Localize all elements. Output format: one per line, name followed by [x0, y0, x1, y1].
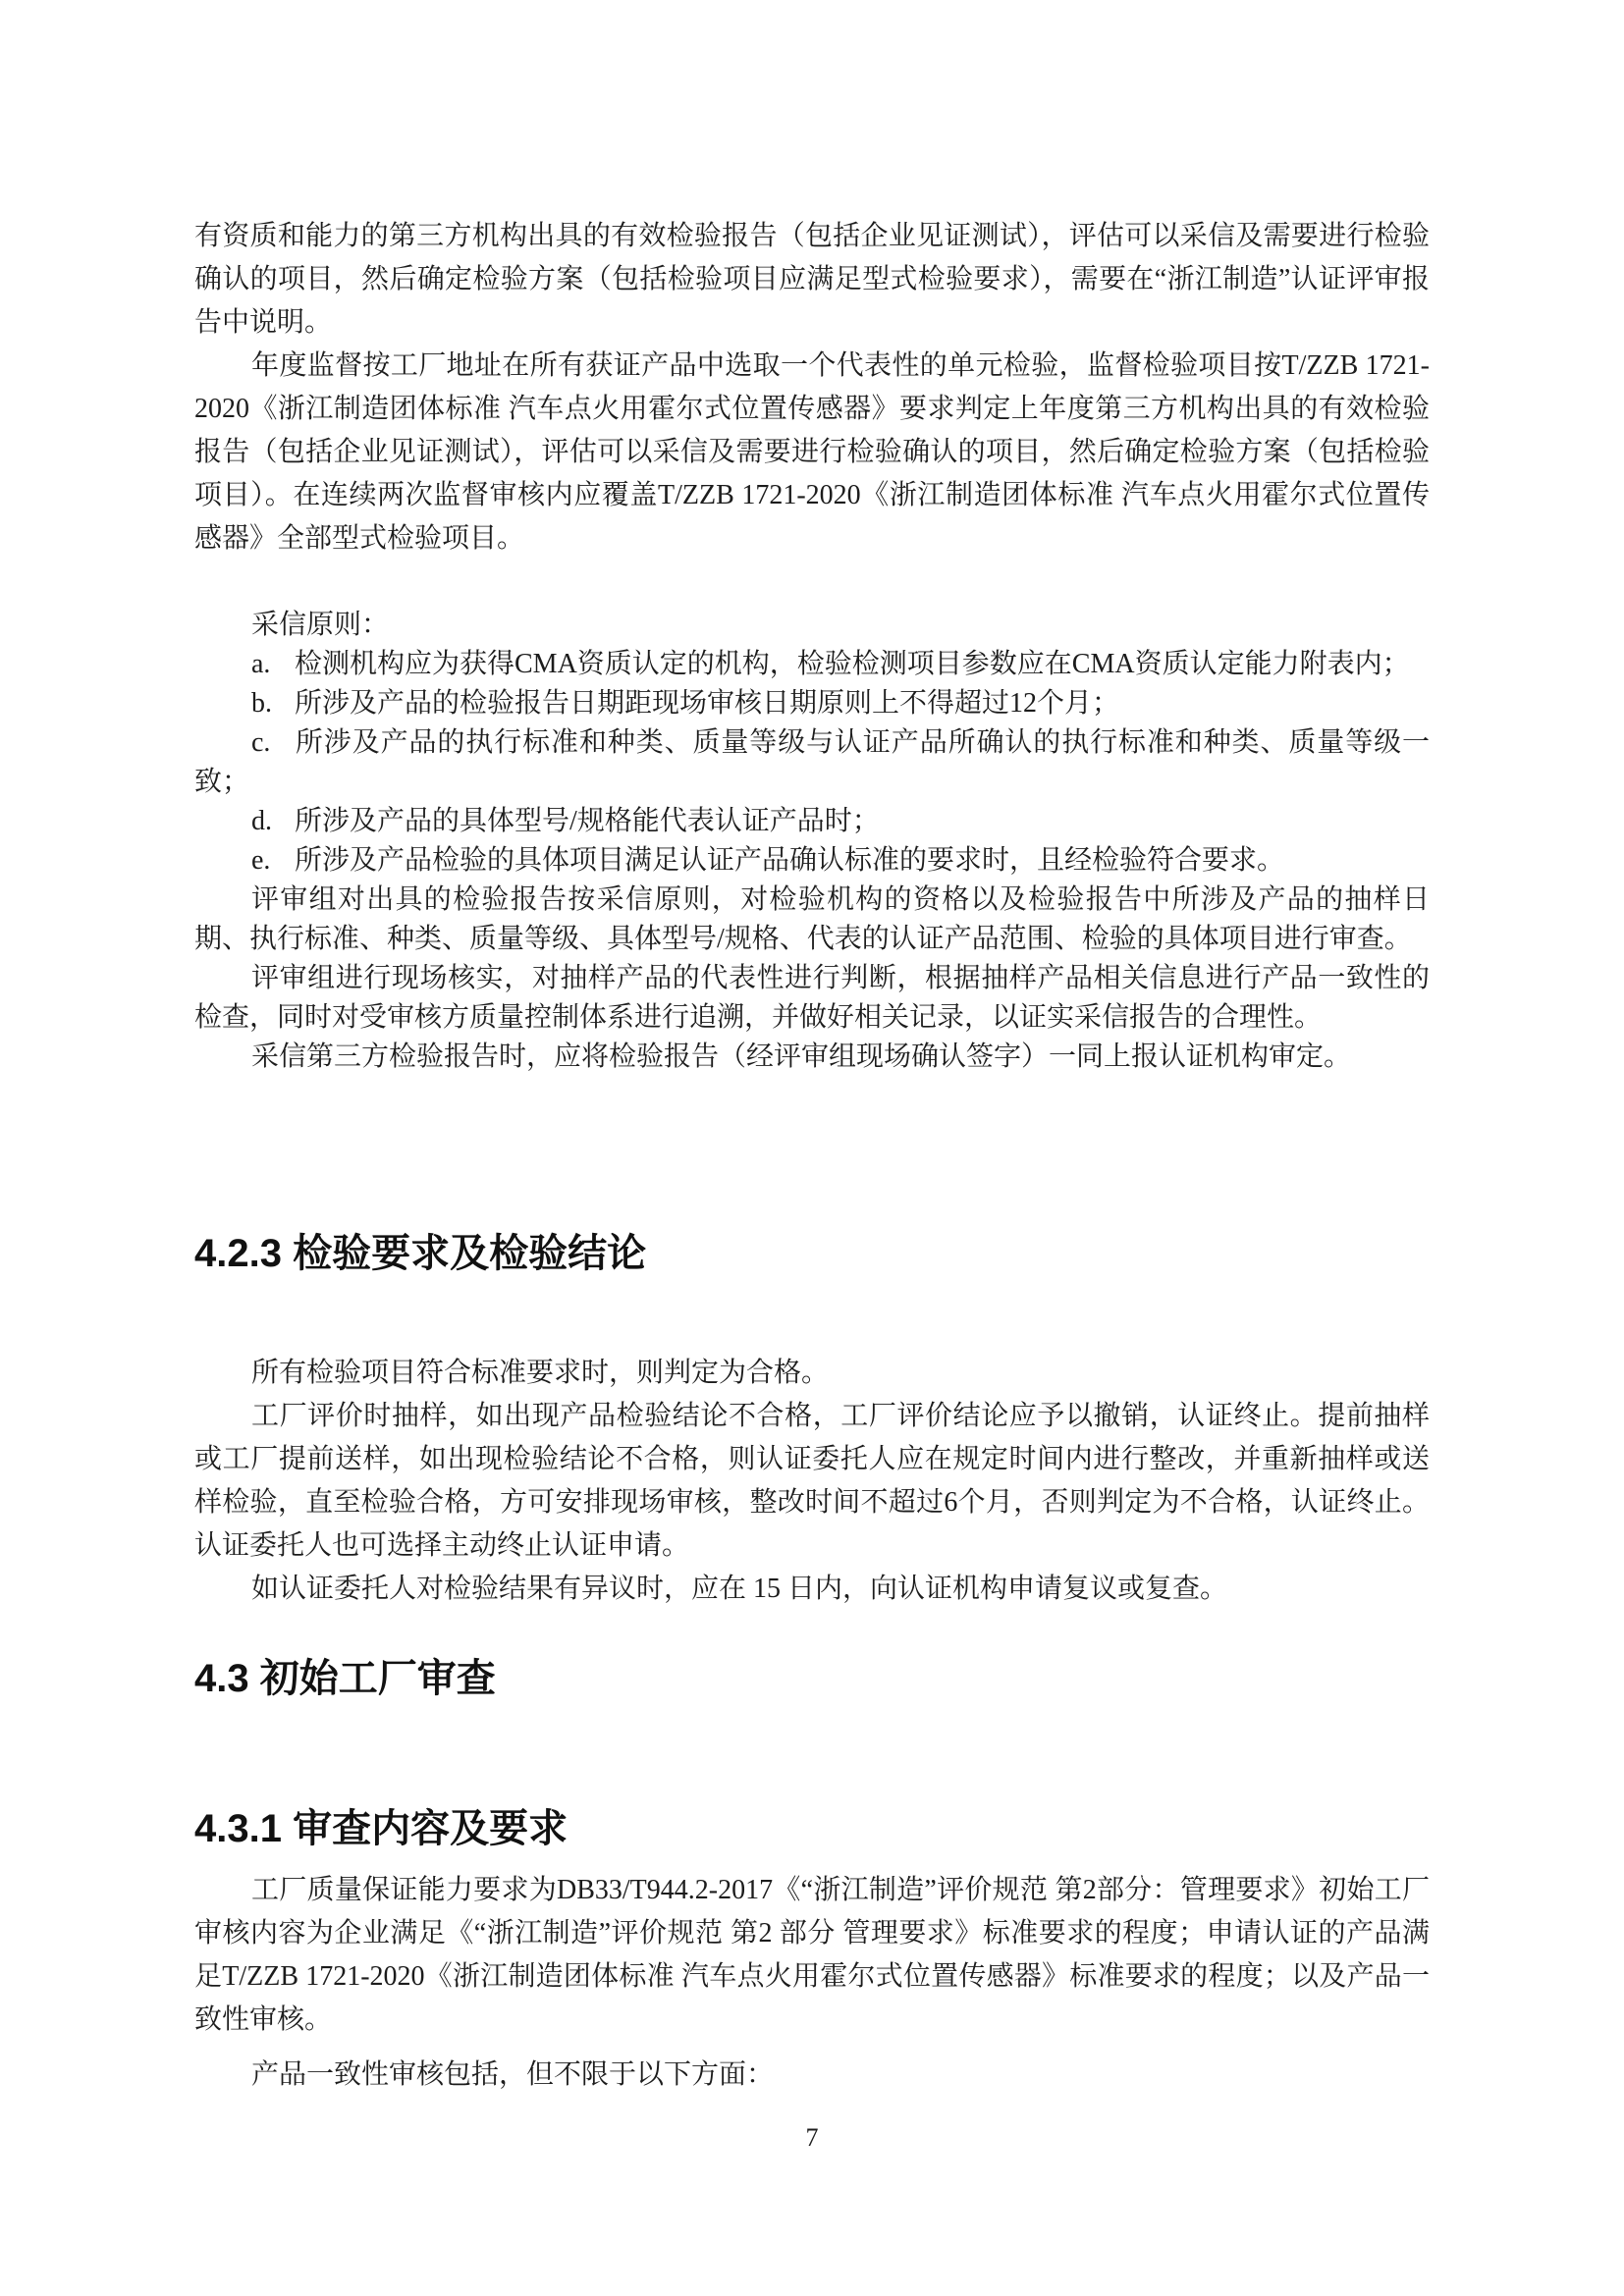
list-marker: c. [251, 723, 295, 763]
list-item-c: c.所涉及产品的执行标准和种类、质量等级与认证产品所确认的执行标准和种类、质量等… [194, 723, 1430, 802]
list-marker: a. [251, 645, 295, 684]
section-heading-4-3: 4.3 初始工厂审查 [194, 1655, 1430, 1702]
paragraph-431-1: 工厂质量保证能力要求为DB33/T944.2-2017《“浙江制造”评价规范 第… [194, 1869, 1430, 2042]
list-item-a: a.检测机构应为获得CMA资质认定的机构，检验检测项目参数应在CMA资质认定能力… [194, 645, 1430, 684]
paragraph-423-1: 所有检验项目符合标准要求时，则判定为合格。 [194, 1352, 1430, 1395]
paragraph-423-2: 工厂评价时抽样，如出现产品检验结论不合格，工厂评价结论应予以撤销，认证终止。提前… [194, 1395, 1430, 1568]
paragraph-423-3: 如认证委托人对检验结果有异议时，应在 15 日内，向认证机构申请复议或复查。 [194, 1568, 1430, 1611]
principles-intro: 采信原则： [194, 606, 1430, 645]
paragraph-intro-1: 有资质和能力的第三方机构出具的有效检验报告（包括企业见证测试），评估可以采信及需… [194, 215, 1430, 345]
paragraph-review-1: 评审组对出具的检验报告按采信原则，对检验机构的资格以及检验报告中所涉及产品的抽样… [194, 881, 1430, 959]
paragraph-431-2: 产品一致性审核包括，但不限于以下方面： [194, 2054, 1430, 2097]
document-page: 有资质和能力的第三方机构出具的有效检验报告（包括企业见证测试），评估可以采信及需… [0, 0, 1624, 2296]
section-heading-4-3-1: 4.3.1 审查内容及要求 [194, 1805, 1430, 1852]
list-marker: b. [251, 684, 295, 723]
list-item-text: 所涉及产品的具体型号/规格能代表认证产品时； [295, 806, 880, 836]
paragraph-review-3: 采信第三方检验报告时，应将检验报告（经评审组现场确认签字）一同上报认证机构审定。 [194, 1038, 1430, 1077]
list-item-text: 检测机构应为获得CMA资质认定的机构，检验检测项目参数应在CMA资质认定能力附表… [295, 649, 1410, 679]
paragraph-review-2: 评审组进行现场核实，对抽样产品的代表性进行判断，根据抽样产品相关信息进行产品一致… [194, 959, 1430, 1038]
paragraph-intro-2: 年度监督按工厂地址在所有获证产品中选取一个代表性的单元检验，监督检验项目按T/Z… [194, 345, 1430, 561]
list-item-text: 所涉及产品检验的具体项目满足认证产品确认标准的要求时，且经检验符合要求。 [295, 845, 1284, 876]
list-marker: e. [251, 841, 295, 881]
list-item-text: 所涉及产品的执行标准和种类、质量等级与认证产品所确认的执行标准和种类、质量等级一… [194, 727, 1430, 797]
page-number: 7 [0, 2122, 1624, 2154]
section-heading-4-2-3: 4.2.3 检验要求及检验结论 [194, 1230, 1430, 1277]
text-column: 有资质和能力的第三方机构出具的有效检验报告（包括企业见证测试），评估可以采信及需… [194, 215, 1430, 2097]
list-item-d: d.所涉及产品的具体型号/规格能代表认证产品时； [194, 802, 1430, 841]
list-marker: d. [251, 802, 295, 841]
list-item-e: e.所涉及产品检验的具体项目满足认证产品确认标准的要求时，且经检验符合要求。 [194, 841, 1430, 881]
list-item-b: b.所涉及产品的检验报告日期距现场审核日期原则上不得超过12个月； [194, 684, 1430, 723]
list-item-text: 所涉及产品的检验报告日期距现场审核日期原则上不得超过12个月； [295, 688, 1119, 719]
